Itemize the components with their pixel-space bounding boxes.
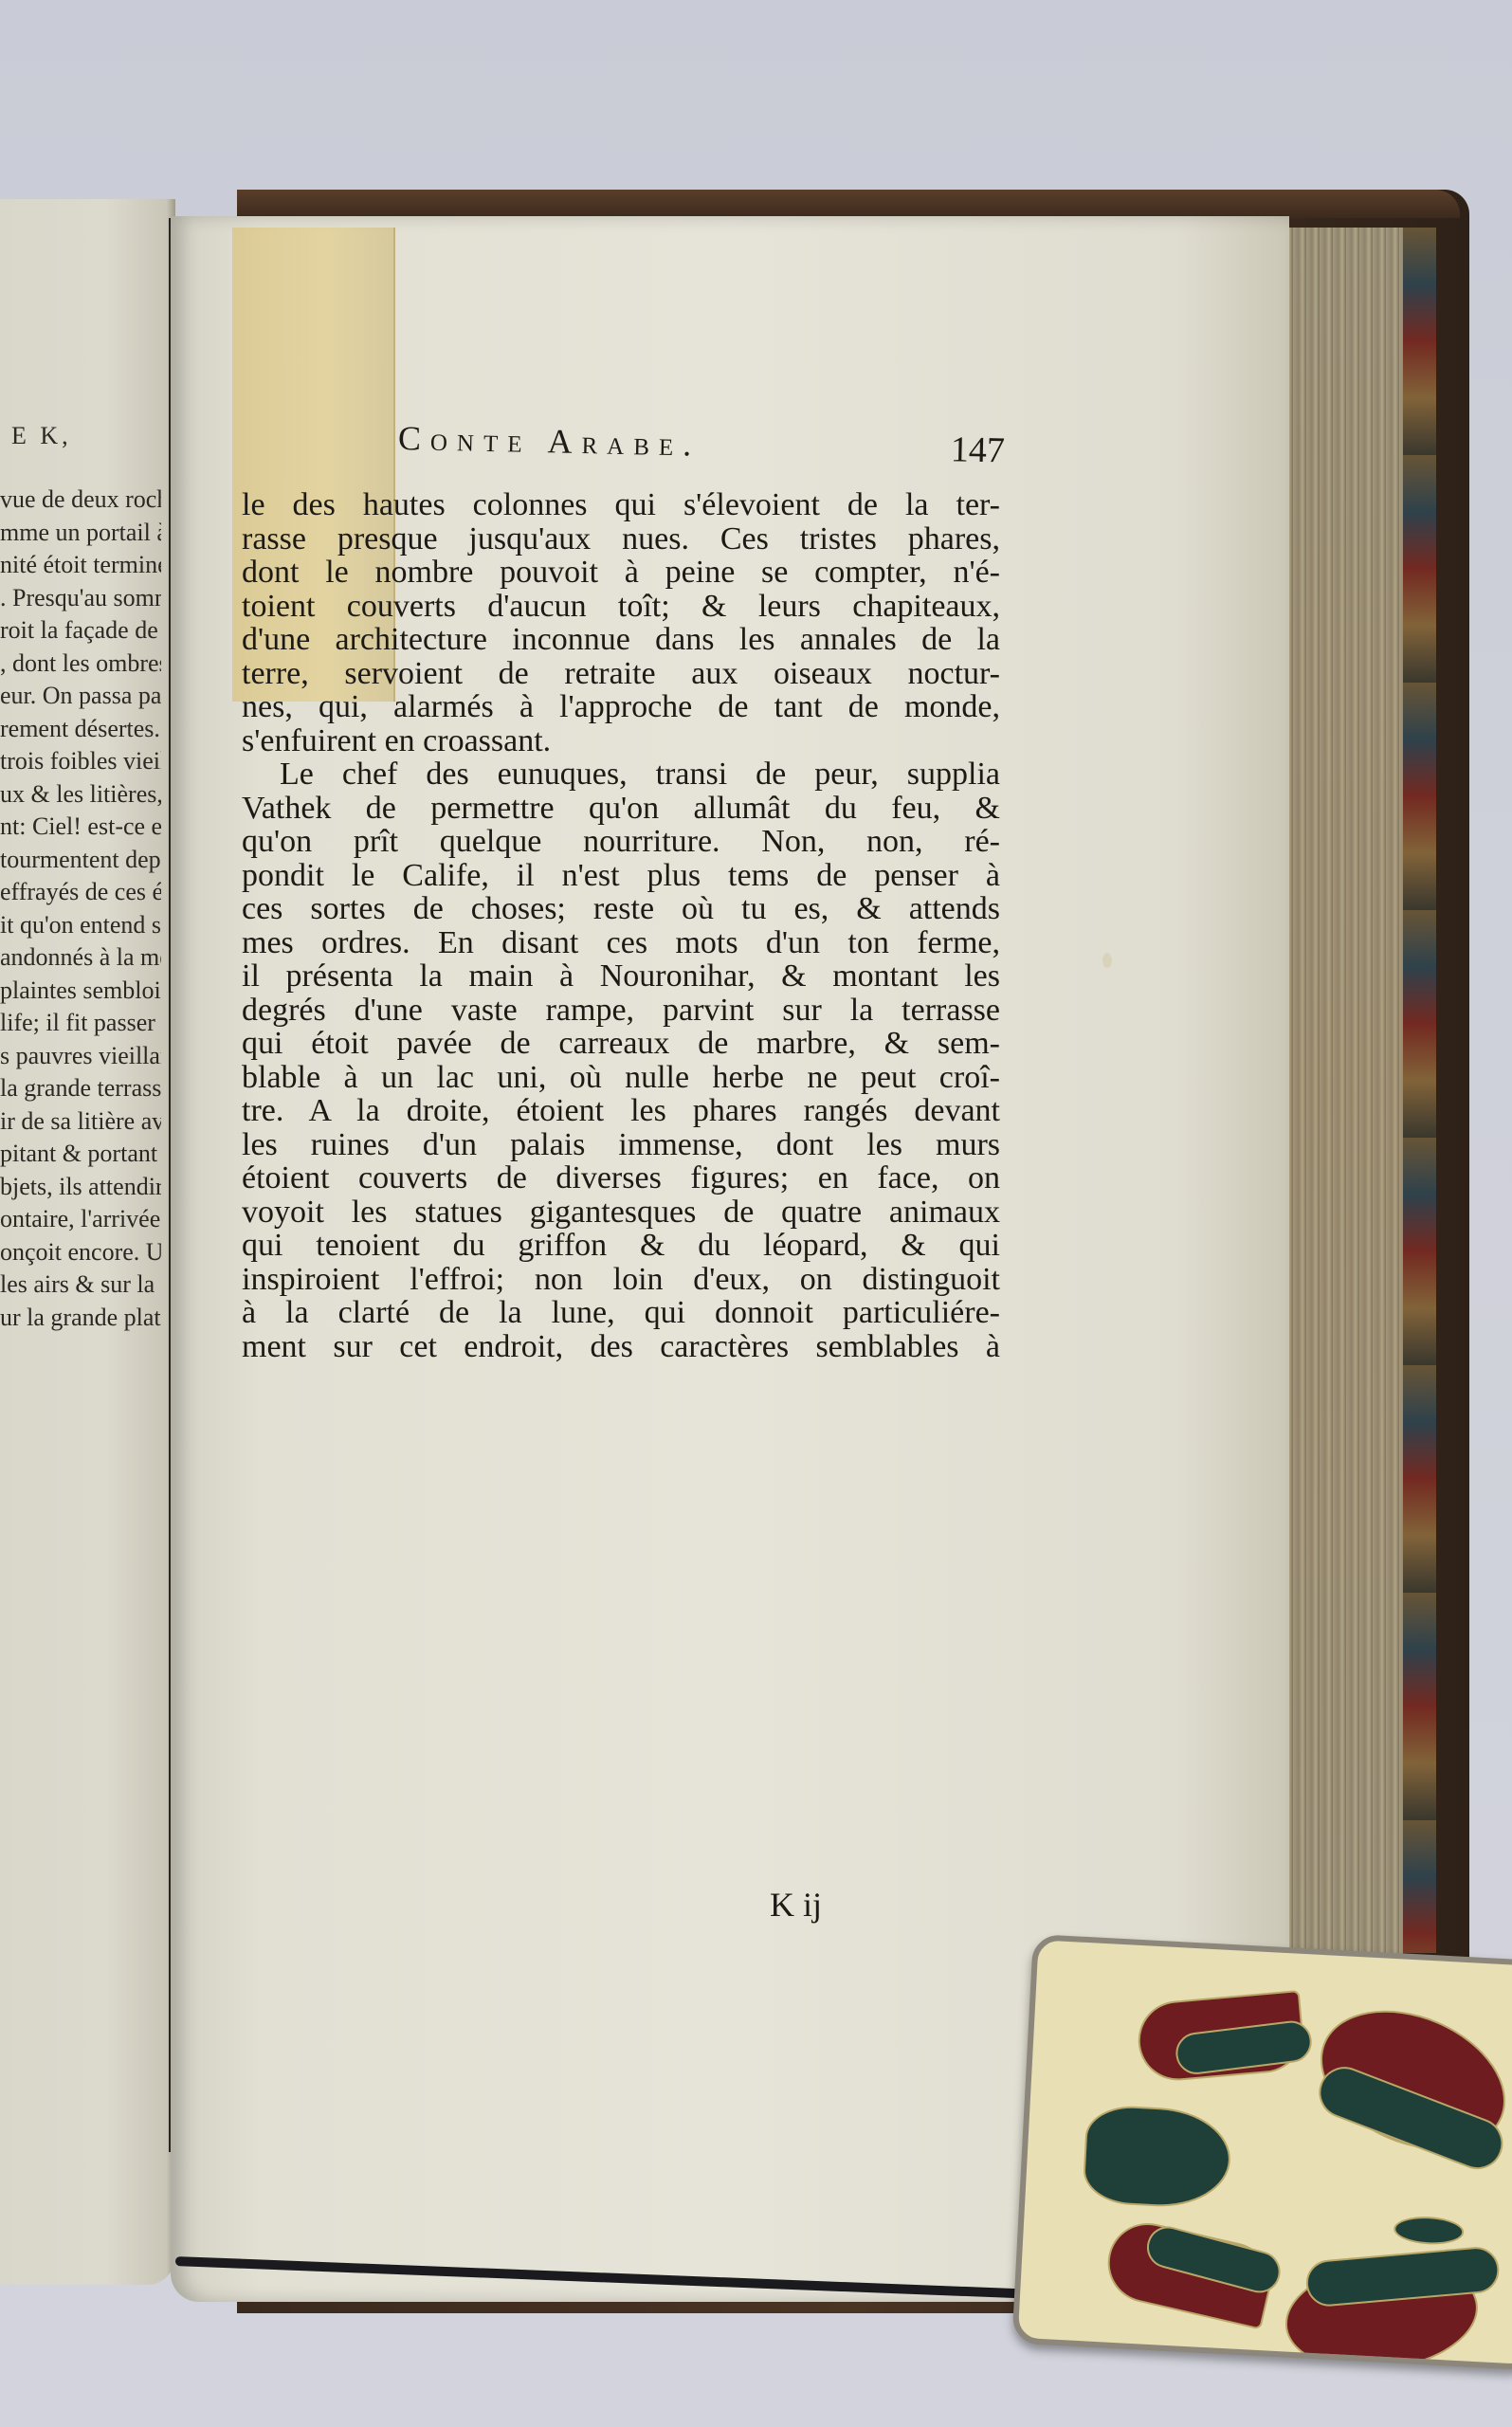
paper-speck [1102,953,1112,968]
left-line: bjets, ils attendirent avec un [0,1171,161,1204]
text-line: toient couverts d'aucun toît; & leurs ch… [242,590,1000,624]
text-line: d'une architecture inconnue dans les ann… [242,623,1000,657]
left-line: plaintes sembloient de [0,975,161,1008]
left-line: les airs & sur la montagne, la [0,1268,161,1302]
text-line: Vathek de permettre qu'on allumât du feu… [242,792,1000,826]
left-line: trois foibles vieillards, [0,745,161,778]
text-line: inspiroient l'effroi; non loin d'eux, on… [242,1263,1000,1297]
signature-mark: K ij [770,1885,822,1925]
left-page-text: vue de deux roches mme un portail à l'en… [0,484,161,1334]
text-line: pondit le Calife, il n'est plus tems de … [242,859,1000,893]
left-line: ir de sa litière avec Nouro- [0,1105,161,1139]
text-line: qui étoit pavée de carreaux de marbre, &… [242,1027,1000,1061]
bookmark-small-leaf [1393,2215,1464,2246]
left-line: ontaire, l'arrivée du Giaour; [0,1203,161,1236]
left-line: , dont les ombres de la [0,648,161,681]
left-line: life; il fit passer ses che- [0,1007,161,1040]
page-body-text: le des hautes colonnes qui s'élevoient d… [242,488,1000,1363]
left-line: vue de deux roches [0,484,161,517]
left-line: roit la façade de plu- [0,614,161,648]
text-line: à la clarté de la lune, qui donnoit part… [242,1296,1000,1330]
cover-top-edge [237,190,1460,218]
left-line: effrayés de ces étranges [0,876,161,909]
text-line: ces sortes de choses; reste où tu es, & … [242,892,1000,926]
left-line: s pauvres vieillards, & ar- [0,1040,161,1073]
text-line: blable à un lac uni, où nulle herbe ne p… [242,1061,1000,1095]
page-number: 147 [950,429,1005,471]
left-line: rement désertes. Il n'y [0,713,161,746]
text-line: rasse presque jusqu'aux nues. Ces triste… [242,522,1000,557]
left-running-head: E K, [11,422,72,450]
left-line: it qu'on entend sous les [0,909,161,942]
page-block-edges [1280,228,1403,1962]
marbled-edge [1398,228,1436,1953]
text-line: dont le nombre pouvoit à peine se compte… [242,556,1000,590]
text-line: Le chef des eunuques, transi de peur, su… [242,757,1000,792]
text-line: qui tenoient du griffon & du léopard, & … [242,1229,1000,1263]
left-line: pitant & portant des regards [0,1138,161,1171]
text-line: mes ordres. En disant ces mots d'un ton … [242,926,1000,960]
text-line: terre, servoient de retraite aux oiseaux… [242,657,1000,691]
left-line: nité étoit terminée par [0,549,161,582]
text-line: nes, qui, alarmés à l'approche de tant d… [242,690,1000,724]
text-line: voyoit les statues gigantesques de quatr… [242,1195,1000,1230]
text-line: les ruines d'un palais immense, dont les… [242,1128,1000,1162]
left-line: ux & les litières, se mi- [0,778,161,812]
text-line: ment sur cet endroit, des caractères sem… [242,1330,1000,1364]
left-line: . Presqu'au sommet de [0,582,161,615]
text-line: qu'on prît quelque nourriture. Non, non,… [242,825,1000,859]
left-line: mme un portail à l'en- [0,517,161,550]
text-line: tre. A la droite, étoient les phares ran… [242,1094,1000,1128]
left-line: tourmentent depuis six [0,844,161,877]
text-line: degrés d'une vaste rampe, parvint sur la… [242,994,1000,1028]
book-photo: E K, vue de deux roches mme un portail à… [0,0,1512,2427]
left-line: eur. On passa par deux [0,680,161,713]
running-title: Conte Arabe. [398,418,701,465]
left-line: ur la grande plate-forme, fun- [0,1302,161,1335]
text-line: étoient couverts de diverses figures; en… [242,1161,1000,1195]
text-line: le des hautes colonnes qui s'élevoient d… [242,488,1000,522]
left-line: nt: Ciel! est-ce encore [0,811,161,844]
left-line: andonnés à la merci des [0,941,161,975]
text-line: s'enfuirent en croassant. [242,724,1000,758]
left-line: onçoit encore. Un silence fu- [0,1236,161,1269]
cloisonne-bookmark [1011,1934,1512,2370]
left-line: la grande terrasse de marbre [0,1072,161,1105]
text-line: il présenta la main à Nouronihar, & mont… [242,959,1000,994]
bookmark-vase-icon [1082,2104,1232,2210]
